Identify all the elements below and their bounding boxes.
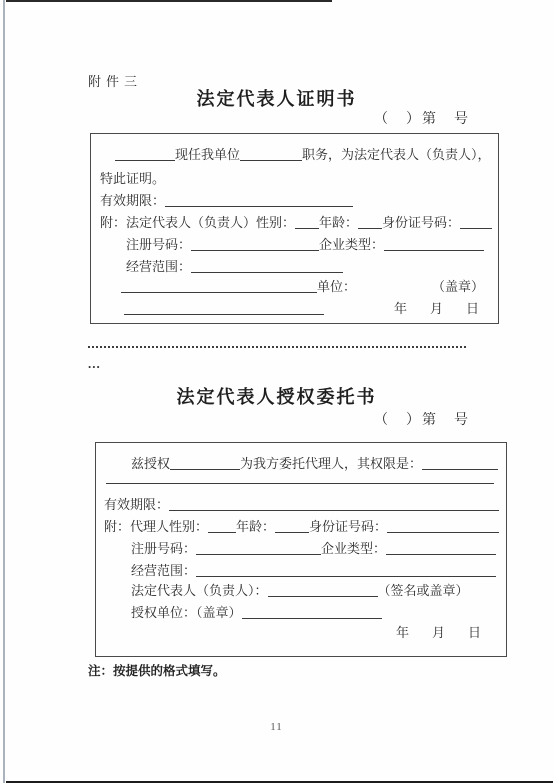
id-label: 身份证号码： <box>382 215 460 230</box>
validity-label: 有效期限： <box>100 193 165 208</box>
authorization-rep-line: 法定代表人（负责人）：（签名或盖章） <box>131 583 469 599</box>
reg-label: 注册号码： <box>131 541 196 556</box>
scanned-document-page: 附件三 法定代表人证明书 （ ）第 号 现任我单位职务，为法定代表人（负责人），… <box>0 0 553 783</box>
agent-clause-label: 为我方委托代理人，其权限是： <box>240 456 422 471</box>
reg-label: 注册号码： <box>126 237 191 252</box>
authorization-doc-number: （ ）第 号 <box>374 409 470 429</box>
certificate-date-cell: 年 月 日 <box>394 301 484 317</box>
authorization-box: 兹授权为我方委托代理人，其权限是： 有效期限： 附：代理人性别：年龄：身份证号码… <box>95 442 507 657</box>
blank-authority-field <box>422 456 498 470</box>
attach-prefix-label: 附： <box>104 519 130 534</box>
auth-unit-label: 授权单位：（盖章） <box>131 605 242 620</box>
authorization-date-cell: 年 月 日 <box>396 625 486 641</box>
separator-ellipsis: ... <box>88 356 101 372</box>
rep-gender-label: 法定代表人（负责人）性别： <box>126 215 295 230</box>
blank-validity-field <box>165 193 353 207</box>
footer-note: 注：按提供的格式填写。 <box>88 661 226 679</box>
scope-label: 经营范围： <box>131 563 196 578</box>
certificate-scope-line: 经营范围： <box>126 259 343 275</box>
ent-type-label: 企业类型： <box>321 541 386 556</box>
serve-prefix-label: 现任我单位 <box>175 147 240 162</box>
certificate-attach-line: 附：法定代表人（负责人）性别：年龄：身份证号码： <box>100 215 492 231</box>
page-number: 11 <box>0 721 553 733</box>
blank-rep-sign-field <box>268 583 378 597</box>
scan-edge-top <box>6 0 332 2</box>
age-label: 年龄： <box>319 215 358 230</box>
blank-ent-type-field <box>384 237 484 251</box>
blank-gender-field <box>295 215 319 229</box>
authorization-validity-line: 有效期限： <box>104 497 499 513</box>
authorize-label: 兹授权 <box>131 456 170 471</box>
blank-agent-name-field <box>170 456 240 470</box>
rep-label: 法定代表人（负责人）： <box>131 583 268 598</box>
authorization-title: 法定代表人授权委托书 <box>0 383 553 409</box>
authorization-attach-line: 附：代理人性别：年龄：身份证号码： <box>104 519 499 535</box>
authorization-registration-line: 注册号码：企业类型： <box>131 541 496 557</box>
date-label: 年 月 日 <box>396 625 486 640</box>
certificate-seal-cell: （盖章） <box>432 279 484 295</box>
separator-dotted-line <box>88 342 466 348</box>
blank-age-field <box>358 215 382 229</box>
certificate-unit-line: 单位： <box>121 279 356 295</box>
certificate-validity-line: 有效期限： <box>100 193 353 209</box>
id-label: 身份证号码： <box>309 519 387 534</box>
unit-label: 单位： <box>317 279 356 294</box>
blank-scope-field <box>191 259 343 273</box>
blank-reg-field <box>196 541 321 555</box>
certificate-hereby-line: 特此证明。 <box>100 171 165 187</box>
blank-sign-field <box>124 301 324 315</box>
blank-reg-field <box>191 237 319 251</box>
authorization-unit-line: 授权单位：（盖章） <box>131 605 382 621</box>
blank-gender-field <box>208 519 236 533</box>
blank-validity-field <box>169 497 499 511</box>
validity-label: 有效期限： <box>104 497 169 512</box>
blank-position-field <box>240 147 302 161</box>
agent-gender-label: 代理人性别： <box>130 519 208 534</box>
date-label: 年 月 日 <box>394 301 484 316</box>
blank-id-field <box>460 215 492 229</box>
blank-id-field <box>387 519 499 533</box>
blank-authority-continuation-field <box>106 470 494 484</box>
certificate-box: 现任我单位职务，为法定代表人（负责人）， 特此证明。 有效期限： 附：法定代表人… <box>90 133 499 324</box>
blank-scope-field <box>196 563 496 577</box>
hereby-label: 特此证明。 <box>100 171 165 186</box>
authorization-authority-continuation-line <box>106 470 494 486</box>
blank-unit-field <box>121 279 317 293</box>
blank-auth-unit-field <box>242 605 382 619</box>
certificate-serve-line: 现任我单位职务，为法定代表人（负责人）， <box>115 147 491 163</box>
blank-age-field <box>275 519 309 533</box>
seal-label: （盖章） <box>432 279 484 294</box>
ent-type-label: 企业类型： <box>319 237 384 252</box>
age-label: 年龄： <box>236 519 275 534</box>
blank-ent-type-field <box>386 541 496 555</box>
authorization-scope-line: 经营范围： <box>131 563 496 579</box>
attach-prefix-label: 附： <box>100 215 126 230</box>
sign-or-seal-label: （签名或盖章） <box>378 583 469 598</box>
certificate-doc-number: （ ）第 号 <box>374 108 470 128</box>
certificate-registration-line: 注册号码：企业类型： <box>126 237 484 253</box>
certificate-title: 法定代表人证明书 <box>0 85 553 111</box>
blank-name-field <box>115 147 175 161</box>
certificate-sign-line <box>124 301 324 317</box>
scope-label: 经营范围： <box>126 259 191 274</box>
serve-suffix-label: 职务，为法定代表人（负责人）， <box>302 147 491 162</box>
